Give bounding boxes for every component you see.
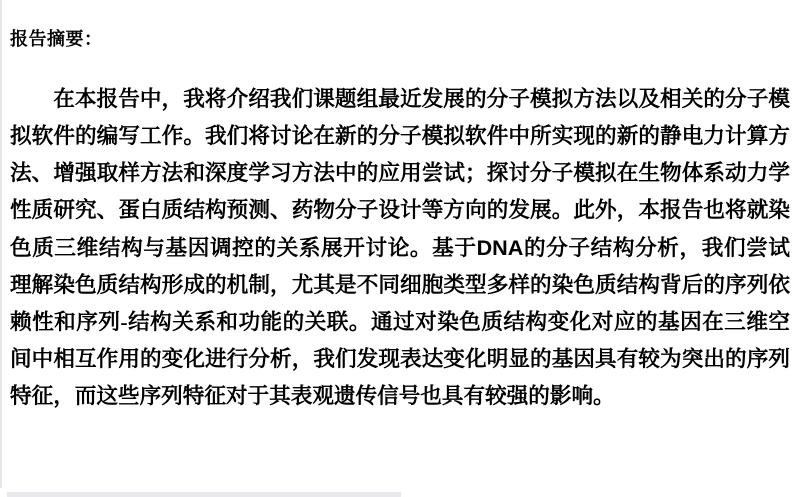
abstract-text-part1: 在本报告中，我将介绍我们课题组最近发展的分子模拟方法以及相关的分子模拟软件的编写… xyxy=(10,87,790,260)
abstract-text: 在本报告中，我将介绍我们课题组最近发展的分子模拟方法以及相关的分子模拟软件的编写… xyxy=(10,81,790,415)
report-abstract-title: 报告摘要： xyxy=(10,25,103,51)
abstract-text-part2: 的分子结构分析，我们尝试理解染色质结构形成的机制，尤其是不同细胞类型多样的染色质… xyxy=(10,236,790,408)
bottom-edge-bar xyxy=(7,492,401,497)
abstract-paragraph: 在本报告中，我将介绍我们课题组最近发展的分子模拟方法以及相关的分子模拟软件的编写… xyxy=(10,81,790,415)
page-left-edge-line xyxy=(0,0,2,488)
document-page: 报告摘要： 在本报告中，我将介绍我们课题组最近发展的分子模拟方法以及相关的分子模… xyxy=(0,0,800,497)
dna-acronym: DNA xyxy=(477,235,524,260)
